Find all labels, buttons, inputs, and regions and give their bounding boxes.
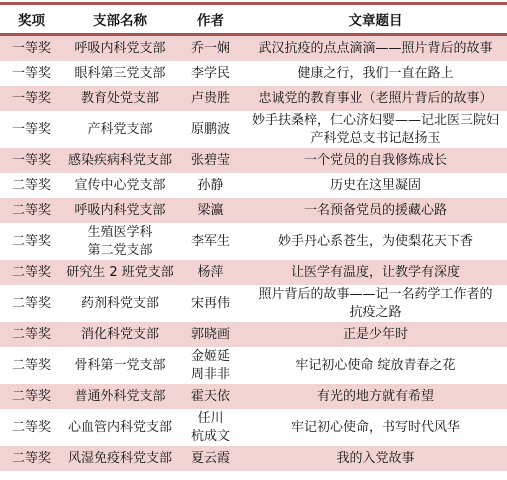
award-cell: 二等奖: [0, 173, 63, 198]
table-row: 二等奖 宣传中心党支部 孙静 历史在这里凝固: [0, 173, 507, 198]
table-body: 一等奖 呼吸内科党支部 乔一娴 武汉抗疫的点点滴滴——照片背后的故事 一等奖 眼…: [0, 35, 507, 472]
author-cell: 梁瀛: [177, 198, 244, 223]
author-cell: 金姬延 周非非: [177, 347, 244, 384]
awards-document-page: 奖项 支部名称 作者 文章题目 一等奖 呼吸内科党支部 乔一娴 武汉抗疫的点点滴…: [0, 0, 507, 480]
branch-cell: 呼吸内科党支部: [63, 35, 177, 62]
award-cell: 二等奖: [0, 322, 63, 347]
table-row: 二等奖 心血管内科党支部 任川 杭成文 牢记初心使命，书写时代风华: [0, 409, 507, 446]
award-cell: 二等奖: [0, 446, 63, 471]
table-row: 一等奖 感染疾病科党支部 张碧莹 一个党员的自我修炼成长: [0, 148, 507, 173]
award-cell: 二等奖: [0, 347, 63, 384]
title-cell: 妙手扶桑梓，仁心济妇婴——记北医三院妇 产科党总支书记赵扬玉: [244, 111, 507, 148]
award-cell: 一等奖: [0, 111, 63, 148]
column-header-branch: 支部名称: [63, 4, 177, 35]
title-cell: 有光的地方就有希望: [244, 384, 507, 409]
author-cell: 乔一娴: [177, 35, 244, 62]
title-cell: 历史在这里凝固: [244, 173, 507, 198]
title-cell: 照片背后的故事——记一名药学工作者的 抗疫之路: [244, 285, 507, 322]
title-cell: 健康之行，我们一直在路上: [244, 61, 507, 86]
author-cell: 宋再伟: [177, 285, 244, 322]
title-cell: 让医学有温度，让教学有深度: [244, 260, 507, 285]
award-cell: 一等奖: [0, 86, 63, 111]
branch-cell: 研究生 2 班党支部: [63, 260, 177, 285]
branch-cell: 感染疾病科党支部: [63, 148, 177, 173]
table-row: 二等奖 普通外科党支部 霍天依 有光的地方就有希望: [0, 384, 507, 409]
branch-cell: 产科党支部: [63, 111, 177, 148]
table-row: 一等奖 呼吸内科党支部 乔一娴 武汉抗疫的点点滴滴——照片背后的故事: [0, 35, 507, 62]
title-cell: 牢记初心使命 绽放青春之花: [244, 347, 507, 384]
table-row: 二等奖 药剂科党支部 宋再伟 照片背后的故事——记一名药学工作者的 抗疫之路: [0, 285, 507, 322]
branch-cell: 药剂科党支部: [63, 285, 177, 322]
branch-cell: 消化科党支部: [63, 322, 177, 347]
branch-cell: 教育处党支部: [63, 86, 177, 111]
title-cell: 正是少年时: [244, 322, 507, 347]
title-cell: 武汉抗疫的点点滴滴——照片背后的故事: [244, 35, 507, 62]
branch-cell: 生殖医学科 第二党支部: [63, 223, 177, 260]
table-row: 二等奖 呼吸内科党支部 梁瀛 一名预备党员的援藏心路: [0, 198, 507, 223]
author-cell: 郭晓画: [177, 322, 244, 347]
branch-cell: 骨科第一党支部: [63, 347, 177, 384]
author-cell: 杨萍: [177, 260, 244, 285]
column-header-title: 文章题目: [244, 4, 507, 35]
column-header-author: 作者: [177, 4, 244, 35]
title-cell: 一名预备党员的援藏心路: [244, 198, 507, 223]
table-row: 二等奖 生殖医学科 第二党支部 李军生 妙手丹心系苍生，为使梨花天下香: [0, 223, 507, 260]
title-cell: 我的入党故事: [244, 446, 507, 471]
table-row: 二等奖 消化科党支部 郭晓画 正是少年时: [0, 322, 507, 347]
award-cell: 二等奖: [0, 409, 63, 446]
author-cell: 张碧莹: [177, 148, 244, 173]
author-cell: 李军生: [177, 223, 244, 260]
award-cell: 一等奖: [0, 35, 63, 62]
author-cell: 卢贵胜: [177, 86, 244, 111]
table-row: 二等奖 研究生 2 班党支部 杨萍 让医学有温度，让教学有深度: [0, 260, 507, 285]
branch-cell: 风湿免疫科党支部: [63, 446, 177, 471]
award-cell: 二等奖: [0, 384, 63, 409]
author-cell: 孙静: [177, 173, 244, 198]
title-cell: 忠诚党的教育事业（老照片背后的故事）: [244, 86, 507, 111]
title-cell: 一个党员的自我修炼成长: [244, 148, 507, 173]
branch-cell: 心血管内科党支部: [63, 409, 177, 446]
branch-cell: 呼吸内科党支部: [63, 198, 177, 223]
table-header: 奖项 支部名称 作者 文章题目: [0, 4, 507, 35]
column-header-award: 奖项: [0, 4, 63, 35]
author-cell: 霍天依: [177, 384, 244, 409]
title-cell: 牢记初心使命，书写时代风华: [244, 409, 507, 446]
table-row: 二等奖 风湿免疫科党支部 夏云霞 我的入党故事: [0, 446, 507, 471]
author-cell: 原鹏波: [177, 111, 244, 148]
author-cell: 任川 杭成文: [177, 409, 244, 446]
table-row: 二等奖 骨科第一党支部 金姬延 周非非 牢记初心使命 绽放青春之花: [0, 347, 507, 384]
award-cell: 二等奖: [0, 223, 63, 260]
table-row: 一等奖 产科党支部 原鹏波 妙手扶桑梓，仁心济妇婴——记北医三院妇 产科党总支书…: [0, 111, 507, 148]
award-cell: 二等奖: [0, 260, 63, 285]
title-cell: 妙手丹心系苍生，为使梨花天下香: [244, 223, 507, 260]
branch-cell: 宣传中心党支部: [63, 173, 177, 198]
header-row: 奖项 支部名称 作者 文章题目: [0, 4, 507, 35]
award-cell: 一等奖: [0, 148, 63, 173]
branch-cell: 普通外科党支部: [63, 384, 177, 409]
branch-cell: 眼科第三党支部: [63, 61, 177, 86]
award-cell: 一等奖: [0, 61, 63, 86]
award-cell: 二等奖: [0, 198, 63, 223]
awards-table: 奖项 支部名称 作者 文章题目 一等奖 呼吸内科党支部 乔一娴 武汉抗疫的点点滴…: [0, 2, 507, 471]
author-cell: 夏云霞: [177, 446, 244, 471]
award-cell: 二等奖: [0, 285, 63, 322]
author-cell: 李学民: [177, 61, 244, 86]
table-row: 一等奖 教育处党支部 卢贵胜 忠诚党的教育事业（老照片背后的故事）: [0, 86, 507, 111]
table-row: 一等奖 眼科第三党支部 李学民 健康之行，我们一直在路上: [0, 61, 507, 86]
